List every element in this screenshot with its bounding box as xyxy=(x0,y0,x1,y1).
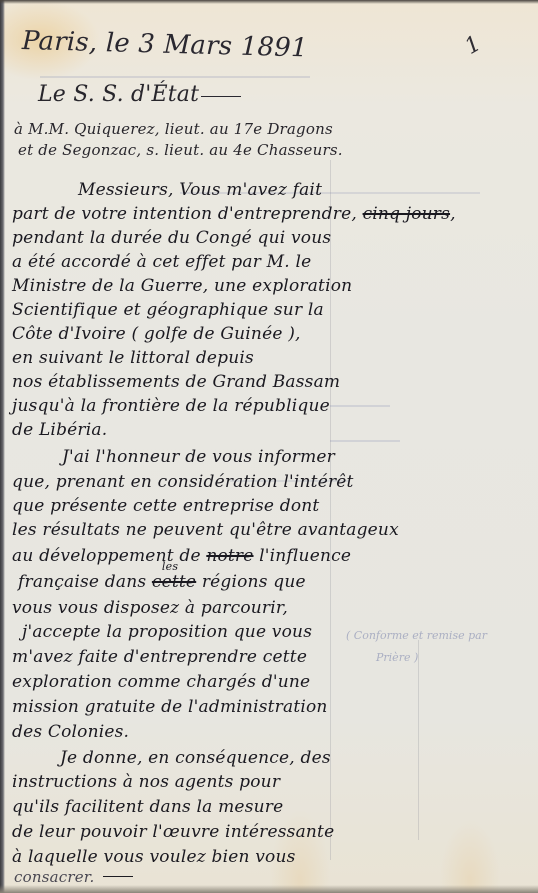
body-text: consacrer. xyxy=(14,868,94,886)
correction: les cette xyxy=(152,572,202,592)
body-line: pendant la durée du Congé qui vous xyxy=(12,228,331,248)
body-line: Je donne, en conséquence, des xyxy=(60,748,331,768)
bleed-through-stroke xyxy=(40,66,310,78)
body-line: j'accepte la proposition que vous xyxy=(22,622,312,642)
margin-note-line: ( Conforme et remise par xyxy=(346,625,487,647)
body-line: de Libéria. xyxy=(12,420,107,440)
struck-text: cette xyxy=(152,572,196,592)
bleed-through-stroke xyxy=(330,395,390,407)
body-line: Ministre de la Guerre, une exploration xyxy=(12,276,352,296)
struck-text: cinq jours xyxy=(363,204,451,224)
body-line: part de votre intention d'entreprendre, … xyxy=(12,204,456,224)
body-text: part de votre intention d'entreprendre, xyxy=(12,204,357,224)
body-line: au développement de notre l'influence xyxy=(12,546,351,566)
pen-flourish-icon xyxy=(103,876,133,877)
body-line: que présente cette entreprise dont xyxy=(12,496,319,516)
body-line: instructions à nos agents pour xyxy=(12,772,280,792)
body-text: française dans xyxy=(18,572,146,592)
body-line: mission gratuite de l'administration xyxy=(12,697,328,717)
page-binding-edge xyxy=(0,0,5,893)
body-line: Scientifique et géographique sur la xyxy=(12,300,324,320)
margin-note-line: Prière ) xyxy=(346,647,487,669)
body-line: nos établissements de Grand Bassam xyxy=(12,372,340,392)
body-line: des Colonies. xyxy=(12,722,129,742)
body-line: les résultats ne peuvent qu'être avantag… xyxy=(12,520,399,540)
body-line: exploration comme chargés d'une xyxy=(12,672,310,692)
body-line: jusqu'à la frontière de la république xyxy=(12,396,330,416)
sender-underline xyxy=(201,96,241,97)
body-line: Messieurs, Vous m'avez fait xyxy=(78,180,322,200)
body-line: Côte d'Ivoire ( golfe de Guinée ), xyxy=(12,324,301,344)
body-line: a été accordé à cet effet par M. le xyxy=(12,252,311,272)
date-line: Paris, le 3 Mars 1891 xyxy=(22,26,308,63)
sender-line: Le S. S. d'État xyxy=(38,82,241,107)
inserted-text: les xyxy=(162,560,178,573)
body-line: m'avez faite d'entreprendre cette xyxy=(12,647,307,667)
body-line: qu'ils facilitent dans la mesure xyxy=(12,797,283,817)
bleed-through-stroke xyxy=(330,430,400,442)
ruling-line xyxy=(418,640,419,840)
body-line: française dans les cette régions que xyxy=(18,572,306,592)
page-bottom-edge xyxy=(0,885,538,893)
letter-page: Paris, le 3 Mars 1891 1 Le S. S. d'État … xyxy=(0,0,538,893)
roman-numeral-one-icon: 1 xyxy=(461,31,486,60)
body-text: régions que xyxy=(202,572,306,592)
body-text: , xyxy=(450,204,456,224)
margin-note: ( Conforme et remise par Prière ) xyxy=(346,625,487,669)
body-line: en suivant le littoral depuis xyxy=(12,348,254,368)
page-number-mark: 1 xyxy=(461,31,486,60)
body-text: l'influence xyxy=(259,546,351,566)
body-line: de leur pouvoir l'œuvre intéressante xyxy=(12,822,334,842)
body-line: consacrer. xyxy=(14,868,133,886)
page-top-edge xyxy=(0,0,538,4)
struck-text: notre xyxy=(206,546,253,566)
body-line: que, prenant en considération l'intérêt xyxy=(12,472,354,492)
body-line: J'ai l'honneur de vous informer xyxy=(62,447,335,467)
body-line: vous vous disposez à parcourir, xyxy=(12,598,288,618)
body-line: à laquelle vous voulez bien vous xyxy=(12,847,296,867)
recipient-line: à M.M. Quiquerez, lieut. au 17e Dragons xyxy=(14,120,333,138)
sender-title: Le S. S. d'État xyxy=(38,82,199,107)
recipient-line: et de Segonzac, s. lieut. au 4e Chasseur… xyxy=(18,141,343,159)
